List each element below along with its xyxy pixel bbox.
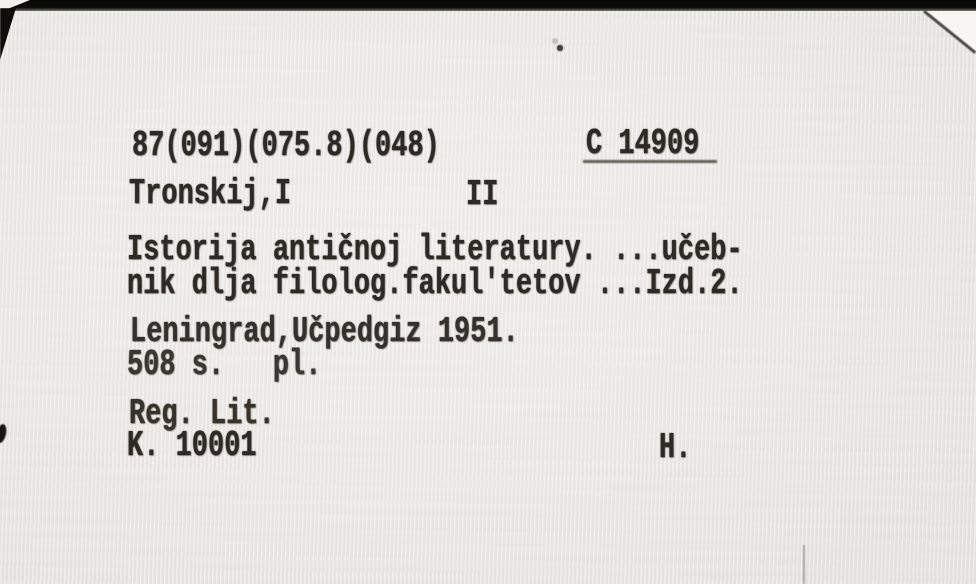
author-mark: II <box>466 177 498 213</box>
title-line-2: nik dlja filolog.fakul'tetov ...Izd.2. <box>127 266 743 302</box>
accession-number: K. 10001 <box>127 428 257 464</box>
call-number-underline <box>583 160 717 163</box>
scan-corner-wedge <box>0 8 16 60</box>
cataloger-initial: H. <box>659 430 691 466</box>
catalog-card-scan: 87(091)(075.8)(048) C 14909 Tronskij,I I… <box>0 0 976 584</box>
call-number: C 14909 <box>586 126 699 162</box>
left-edge-speck <box>0 423 8 443</box>
ink-speck <box>557 45 563 51</box>
classification-number: 87(091)(075.8)(048) <box>132 128 440 164</box>
author-name: Tronskij,I <box>129 176 291 212</box>
paper-crease <box>803 545 805 584</box>
scan-edge-top <box>0 0 976 11</box>
collation-line: 508 s. pl. <box>127 347 321 383</box>
